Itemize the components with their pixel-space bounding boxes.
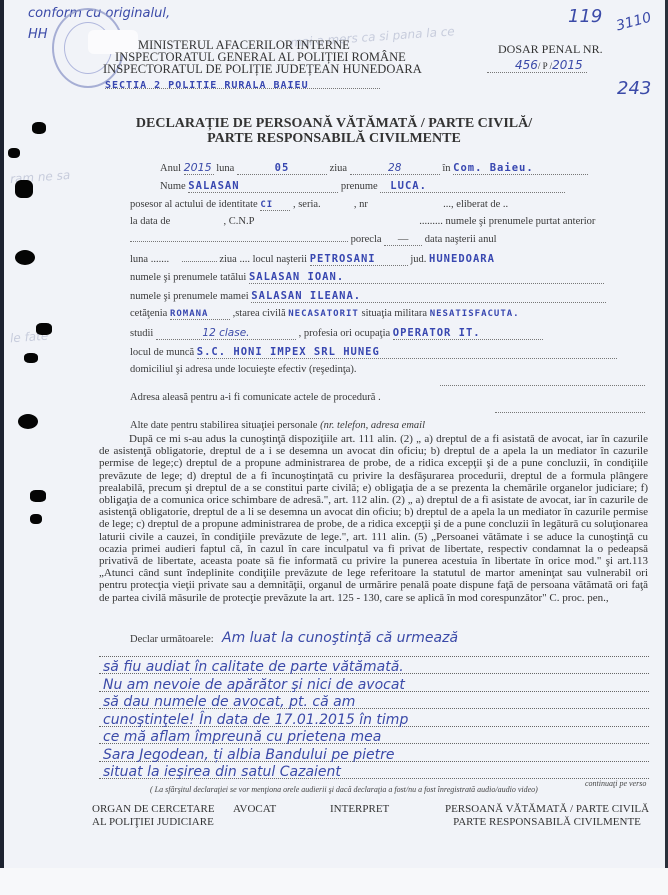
field-tatal[interactable]: SALASAN IOAN.	[249, 271, 604, 284]
label-locul-nasterii: .... locul naşterii	[239, 254, 307, 265]
label-loc-munca: locul de muncă	[130, 347, 194, 358]
field-nume-anterior[interactable]	[130, 241, 348, 242]
label-data-nasterii: data naşterii anul	[425, 234, 497, 245]
organ-line2: AL POLIŢIEI JUDICIARE	[92, 816, 215, 829]
row-father: numele şi prenumele tatălui SALASAN IOAN…	[130, 271, 640, 284]
row-workplace: locul de muncă S.C. HONI IMPEX SRL HUNEG	[130, 346, 640, 359]
field-porecla[interactable]: —	[384, 234, 422, 246]
declaration-line: Nu am nevoie de apărător şi nici de avoc…	[103, 677, 405, 693]
label-ziua-nasterii: ziua	[219, 254, 237, 265]
row-mother: numele şi prenumele mamei SALASAN ILEANA…	[130, 290, 640, 303]
label-judet: jud.	[410, 254, 426, 265]
dosar-separator: / P /	[538, 61, 552, 71]
label-domiciliu: domiciliul şi adresa unde locuieşte efec…	[130, 364, 357, 375]
declaration-line: ce mă aflam împreună cu prietena mea	[103, 729, 381, 745]
label-alte-date: Alte date pentru stabilirea situaţiei pe…	[130, 420, 317, 431]
label-luna-nasterii: luna .......	[130, 254, 169, 265]
punch-hole	[8, 148, 20, 158]
label-in: în	[442, 163, 450, 174]
legal-rights-text: După ce mi s-au adus la cunoştinţă dispo…	[99, 433, 648, 604]
row-porecla: porecla — data naşterii anul	[130, 234, 640, 246]
declaration-line: Am luat la cunoştinţă că urmează	[222, 630, 458, 646]
declaration-line: cunoştinţele! În data de 17.01.2015 în t…	[103, 712, 408, 728]
field-luna-nasterii[interactable]	[182, 261, 217, 262]
label-tatal: numele şi prenumele tatălui	[130, 272, 246, 283]
organ-line1: ORGAN DE CERCETARE	[92, 803, 215, 816]
continue-verso-note: continuaţi pe verso	[585, 779, 646, 788]
field-profesia[interactable]: OPERATOR IT.	[393, 327, 543, 340]
declaration-label: Declar următoarele:	[130, 634, 214, 645]
label-cetatenia: cetăţenia	[130, 308, 167, 319]
declaration-line: Sara Jegodean, ți albia Bandului pe piet…	[103, 747, 395, 763]
document-subtitle: PARTE RESPONSABILĂ CIVILMENTE	[0, 131, 668, 147]
document-title: DECLARAȚIE DE PERSOANĂ VĂTĂMATĂ / PARTE …	[0, 116, 668, 132]
dosar-label: DOSAR PENAL NR.	[498, 42, 603, 57]
row-birth: luna ....... ziua .... locul naşterii PE…	[130, 253, 650, 266]
legal-paragraph: După ce mi s-au adus la cunoştinţă dispo…	[99, 433, 648, 604]
folio-number-2: 3110	[615, 10, 654, 35]
declaration-rule	[99, 656, 649, 657]
row-cnp: la data de , C.N.P ......... numele şi p…	[130, 216, 640, 227]
declaration-line: să fiu audiat în calitate de parte vătăm…	[103, 659, 404, 675]
persoana-line1: PERSOANĂ VĂTĂMATĂ / PARTE CIVILĂ	[442, 803, 652, 816]
label-cnp: , C.N.P	[223, 216, 254, 227]
label-ziua: ziua	[330, 163, 348, 174]
label-adresa-aleasa: Adresa aleasă pentru a-i fi comunicate a…	[130, 392, 381, 403]
unit-value: SECTIA 2 POLITIE RURALA BAIEU	[105, 80, 309, 91]
field-adresa-aleasa[interactable]	[495, 412, 645, 413]
row-education: studii 12 clase. , profesia ori ocupaţia…	[130, 327, 640, 340]
scan-bottom-margin	[0, 868, 668, 895]
label-act: posesor al actului de identitate	[130, 199, 258, 210]
declaration-line: situat la ieşirea din satul Cazaient	[103, 764, 341, 780]
punch-hole	[15, 180, 33, 198]
declaration-line: să dau numele de avocat, pt. că am	[103, 694, 355, 710]
label-mama: numele şi prenumele mamei	[130, 291, 249, 302]
field-nume[interactable]: SALASAN	[188, 180, 338, 193]
field-mama[interactable]: SALASAN ILEANA.	[251, 290, 606, 303]
punch-hole	[24, 353, 38, 363]
field-ziua[interactable]: 28	[350, 162, 440, 175]
declaration-footnote: ( La sfârşitul declaraţiei se vor menţio…	[150, 785, 538, 794]
field-studii[interactable]: 12 clase.	[156, 327, 296, 340]
row-date-place: Anul 2015 luna 05 ziua 28 în Com. Baieu.	[160, 161, 640, 175]
field-luna[interactable]: 05	[237, 162, 327, 175]
field-act[interactable]: CI	[260, 200, 290, 211]
field-loc-munca[interactable]: S.C. HONI IMPEX SRL HUNEG	[197, 346, 617, 359]
certified-initials: HH	[28, 27, 48, 42]
field-stare-civila[interactable]: NECASATORIT	[288, 309, 359, 319]
dosar-number: 456	[515, 58, 538, 72]
field-prenume[interactable]: LUCA.	[380, 180, 565, 193]
row-name: Nume SALASAN prenume LUCA.	[160, 180, 640, 193]
label-seria: , seria.	[293, 199, 321, 210]
field-judet[interactable]: HUNEDOARA	[429, 253, 495, 265]
label-profesia: , profesia ori ocupaţia	[299, 328, 391, 339]
signature-persoana: PERSOANĂ VĂTĂMATĂ / PARTE CIVILĂ PARTE R…	[442, 803, 652, 829]
field-anul[interactable]: 2015	[184, 161, 214, 175]
punch-hole	[36, 323, 52, 335]
field-in[interactable]: Com. Baieu.	[453, 162, 588, 175]
punch-hole	[18, 414, 38, 429]
label-anul: Anul	[160, 163, 181, 174]
folio-number: 119	[568, 6, 602, 27]
signature-organ: ORGAN DE CERCETARE AL POLIŢIEI JUDICIARE	[92, 803, 215, 829]
field-locul-nasterii[interactable]: PETROSANI	[310, 253, 408, 266]
punch-hole	[15, 250, 35, 265]
field-cetatenia[interactable]: ROMANA	[170, 309, 230, 320]
signature-interpret: INTERPRET	[330, 803, 389, 816]
field-situatia-militara[interactable]: NESATISFACUTA.	[430, 309, 520, 319]
dosar-number-field: 456/ P /2015	[487, 58, 587, 73]
field-domiciliu[interactable]	[440, 385, 645, 386]
label-nume-anterior: ......... numele şi prenumele purtat ant…	[419, 216, 595, 227]
label-data-eliberarii: la data de	[130, 216, 170, 227]
label-eliberat: ..., eliberat de ..	[443, 199, 508, 210]
page-number: 243	[617, 78, 651, 99]
row-alte-date: Alte date pentru stabilirea situaţiei pe…	[130, 420, 425, 431]
label-nr: , nr	[354, 199, 368, 210]
row-id-document: posesor al actului de identitate CI , se…	[130, 199, 640, 211]
label-porecla: porecla	[351, 234, 382, 245]
label-nume: Nume	[160, 181, 186, 192]
unit-field: SECTIA 2 POLITIE RURALA BAIEU	[105, 75, 380, 89]
label-studii: studii	[130, 328, 153, 339]
punch-hole	[30, 514, 42, 524]
label-prenume: prenume	[341, 181, 378, 192]
persoana-line2: PARTE RESPONSABILĂ CIVILMENTE	[442, 816, 652, 829]
signature-avocat: AVOCAT	[233, 803, 276, 816]
label-situatia-militara: situaţia militara	[361, 308, 427, 319]
row-civil-status: cetăţenia ROMANA ,starea civilă NECASATO…	[130, 308, 650, 320]
label-stare-civila: ,starea civilă	[233, 308, 286, 319]
label-luna: luna	[216, 163, 234, 174]
scanned-page: mai a mers ca si pana la ce ram ne sa le…	[0, 0, 668, 895]
dosar-year: 2015	[552, 58, 583, 72]
hint-alte-date: (nr. telefon, adresa email	[320, 420, 425, 431]
punch-hole	[30, 490, 46, 502]
